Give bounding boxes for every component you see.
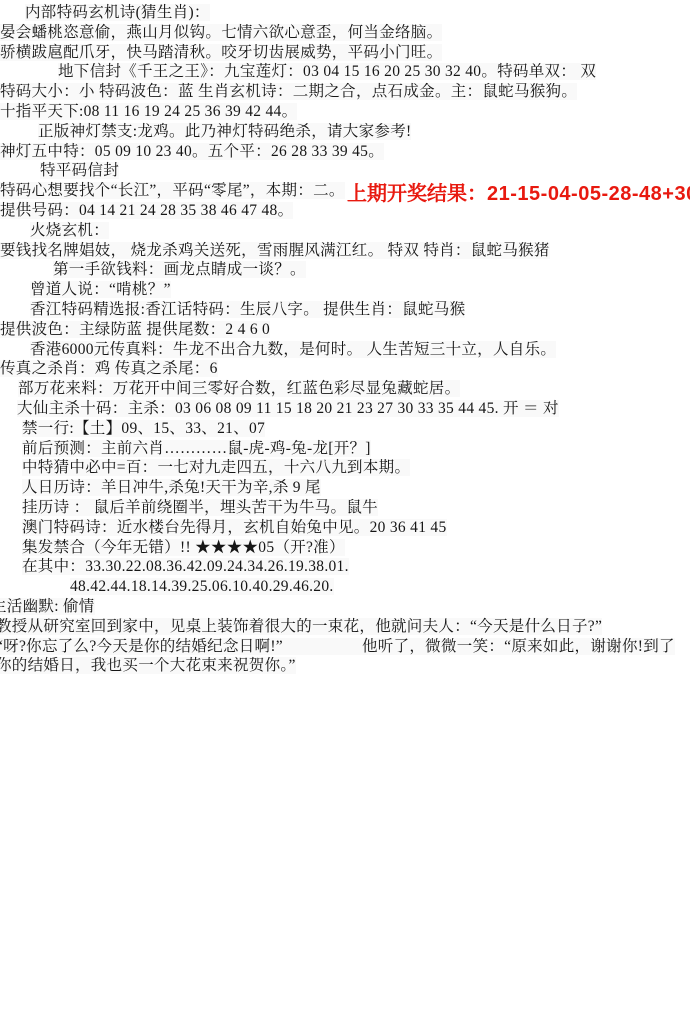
text-line-humor-story-1: 教授从研究室回到家中，见桌上装饰着很大的一束花，他就问夫人：“今天是什么日子?” [0, 617, 690, 637]
text-line-humor-title: 生活幽默: 偷情 [0, 597, 690, 617]
text-line-forecast: 前后预测：主前六肖…………鼠-虎-鸡-兔-龙[开？] [0, 439, 690, 459]
line-text: 48.42.44.18.14.39.25.06.10.40.29.46.20. [70, 578, 334, 595]
line-text: 生活幽默: 偷情 [0, 598, 95, 615]
line-text: 第一手欲钱料：画龙点睛成一谈？。 [53, 261, 306, 278]
text-line-wave-color: 提供波色：主绿防蓝 提供尾数：2 4 6 0 [0, 320, 690, 340]
text-line-macau-poem: 澳门特码诗：近水楼台先得月，玄机自始兔中见。20 36 41 45 [0, 518, 690, 538]
line-text: 要钱找名牌娼妓， 烧龙杀鸡关送死，雪雨腥风满江红。 特双 特肖：鼠蛇马猴猪 [0, 242, 550, 259]
text-line-ten-fingers: 十指平天下:08 11 16 19 24 25 36 39 42 44。 [0, 102, 690, 122]
text-line-humor-story-3: 你的结婚日，我也买一个大花束来祝贺你。” [0, 656, 690, 676]
text-line-fire-verse: 要钱找名牌娼妓， 烧龙杀鸡关送死，雪雨腥风满江红。 特双 特肖：鼠蛇马猴猪 [0, 241, 690, 261]
line-text: 特平码信封 [40, 162, 119, 179]
line-text: “呀?你忘了么?今天是你的结婚纪念日啊!” 他听了，微微一笑：“原来如此，谢谢你… [0, 638, 675, 655]
line-text: 传真之杀肖：鸡 传真之杀尾：6 [0, 360, 218, 377]
line-text: 香江特码精选报:香江话特码：生辰八字。 提供生肖：鼠蛇马猴 [30, 301, 465, 318]
text-line-daxian-kill-ten: 大仙主杀十码：主杀：03 06 08 09 11 15 18 20 21 23 … [0, 399, 690, 419]
text-line-magic-lamp-five: 神灯五中特：05 09 10 23 40。五个平：26 28 33 39 45。 [0, 142, 690, 162]
line-text: 大仙主杀十码：主杀：03 06 08 09 11 15 18 20 21 23 … [17, 400, 559, 417]
text-line-size-color: 特码大小：小 特码波色：蓝 生肖玄机诗：二期之合，点石成金。主：鼠蛇马猴狗。 [0, 82, 690, 102]
line-text: 集发禁合（今年无错）!! ★★★★05（开?准） [22, 539, 345, 556]
text-line-calendar-poem: 人日历诗：羊日冲牛,杀兔!天干为辛,杀 9 尾 [0, 478, 690, 498]
text-line-among-numbers-1: 在其中：33.30.22.08.36.42.09.24.34.26.19.38.… [0, 557, 690, 577]
text-line-wall-calendar-poem: 挂历诗 ： 鼠后羊前绕圈半，埋头苦干为牛马。鼠牛 [0, 498, 690, 518]
line-text: 在其中：33.30.22.08.36.42.09.24.34.26.19.38.… [22, 558, 349, 575]
line-text: 禁一行:【土】09、15、33、21、07 [22, 420, 265, 437]
text-line-zengdaoren: 曾道人说：“啃桃？” [0, 280, 690, 300]
line-text: 香港6000元传真料：牛龙不出合九数，是何时。 人生苦短三十立，人自乐。 [30, 341, 556, 358]
text-line-first-hand: 第一手欲钱料：画龙点睛成一谈？。 [0, 260, 690, 280]
line-text: 内部特码玄机诗(猜生肖)： [25, 4, 210, 21]
line-text: 曾道人说：“啃桃？” [30, 281, 171, 298]
line-text: 中特猜中必中=百：一七对九走四五，十六八九到本期。 [22, 459, 410, 476]
text-line-underground-envelope: 地下信封《千王之王》：九宝莲灯：03 04 15 16 20 25 30 32 … [0, 62, 690, 82]
line-text: 教授从研究室回到家中，见桌上装饰着很大的一束花，他就问夫人：“今天是什么日子?” [0, 618, 602, 635]
text-line-heading-mystery-poem: 内部特码玄机诗(猜生肖)： [0, 3, 690, 23]
line-text: 提供波色：主绿防蓝 提供尾数：2 4 6 0 [0, 321, 270, 338]
line-text: 特码大小：小 特码波色：蓝 生肖玄机诗：二期之合，点石成金。主：鼠蛇马猴狗。 [0, 83, 577, 100]
line-text: 你的结婚日，我也买一个大花束来祝贺你。” [0, 657, 296, 674]
line-text: 部万花来料：万花开中间三零好合数，红蓝色彩尽显兔藏蛇居。 [18, 380, 460, 397]
text-line-magic-lamp-ban: 正版神灯禁支:龙鸡。此乃神灯特码绝杀，请大家参考! [0, 122, 690, 142]
text-line-wanhua: 部万花来料：万花开中间三零好合数，红蓝色彩尽显兔藏蛇居。 [0, 379, 690, 399]
line-text: 神灯五中特：05 09 10 23 40。五个平：26 28 33 39 45。 [0, 143, 384, 160]
line-text: 晏会蟠桃恣意偷，燕山月似钩。七情六欲心意歪，何当金络脑。 [0, 24, 442, 41]
text-line-among-numbers-2: 48.42.44.18.14.39.25.06.10.40.29.46.20. [0, 577, 690, 597]
text-line-special-envelope: 特平码信封 [0, 161, 690, 181]
last-draw-label: 上期开奖结果： [347, 183, 487, 205]
line-text: 地下信封《千王之王》：九宝莲灯：03 04 15 16 20 25 30 32 … [58, 63, 596, 80]
line-text: 火烧玄机： [30, 222, 109, 239]
text-line-fire-mystery: 火烧玄机： [0, 221, 690, 241]
line-text: 澳门特码诗：近水楼台先得月，玄机自始兔中见。20 36 41 45 [22, 519, 447, 536]
tip-sheet-document: 内部特码玄机诗(猜生肖)： 晏会蟠桃恣意偷，燕山月似钩。七情六欲心意歪，何当金络… [0, 0, 690, 676]
line-text: 正版神灯禁支:龙鸡。此乃神灯特码绝杀，请大家参考! [38, 123, 411, 140]
line-text: 骄横跋扈配爪牙，快马踏清秋。咬牙切齿展威势，平码小门旺。 [0, 44, 442, 61]
line-text: 十指平天下:08 11 16 19 24 25 36 39 42 44。 [0, 103, 297, 120]
line-text: 特码心想要找个“长江”，平码“零尾”，本期：二。 [0, 182, 345, 199]
last-draw-result: 上期开奖结果：21-15-04-05-28-48+30 [347, 182, 690, 206]
page: { "page": { "background": "#ffffff", "te… [0, 0, 690, 1033]
line-text: 提供号码：04 14 21 24 28 35 38 46 47 48。 [0, 202, 293, 219]
text-line-fax-kill: 传真之杀肖：鸡 传真之杀尾：6 [0, 359, 690, 379]
text-line-must-hit: 中特猜中必中=百：一七对九走四五，十六八九到本期。 [0, 458, 690, 478]
line-text: 前后预测：主前六肖…………鼠-虎-鸡-兔-龙[开？] [22, 440, 371, 457]
last-draw-numbers: 21-15-04-05-28-48+30 [487, 183, 690, 205]
line-text: 挂历诗 ： 鼠后羊前绕圈半，埋头苦干为牛马。鼠牛 [22, 499, 378, 516]
text-line-hk6000-fax: 香港6000元传真料：牛龙不出合九数，是何时。 人生苦短三十立，人自乐。 [0, 340, 690, 360]
text-line-ban-row: 禁一行:【土】09、15、33、21、07 [0, 419, 690, 439]
text-line-xiangjiang: 香江特码精选报:香江话特码：生辰八字。 提供生肖：鼠蛇马猴 [0, 300, 690, 320]
line-text: 人日历诗：羊日冲牛,杀兔!天干为辛,杀 9 尾 [22, 479, 321, 496]
text-line-poem-2: 骄横跋扈配爪牙，快马踏清秋。咬牙切齿展威势，平码小门旺。 [0, 43, 690, 63]
text-line-poem-1: 晏会蟠桃恣意偷，燕山月似钩。七情六欲心意歪，何当金络脑。 [0, 23, 690, 43]
text-line-jifa-ban: 集发禁合（今年无错）!! ★★★★05（开?准） [0, 538, 690, 558]
text-line-humor-story-2: “呀?你忘了么?今天是你的结婚纪念日啊!” 他听了，微微一笑：“原来如此，谢谢你… [0, 637, 690, 657]
